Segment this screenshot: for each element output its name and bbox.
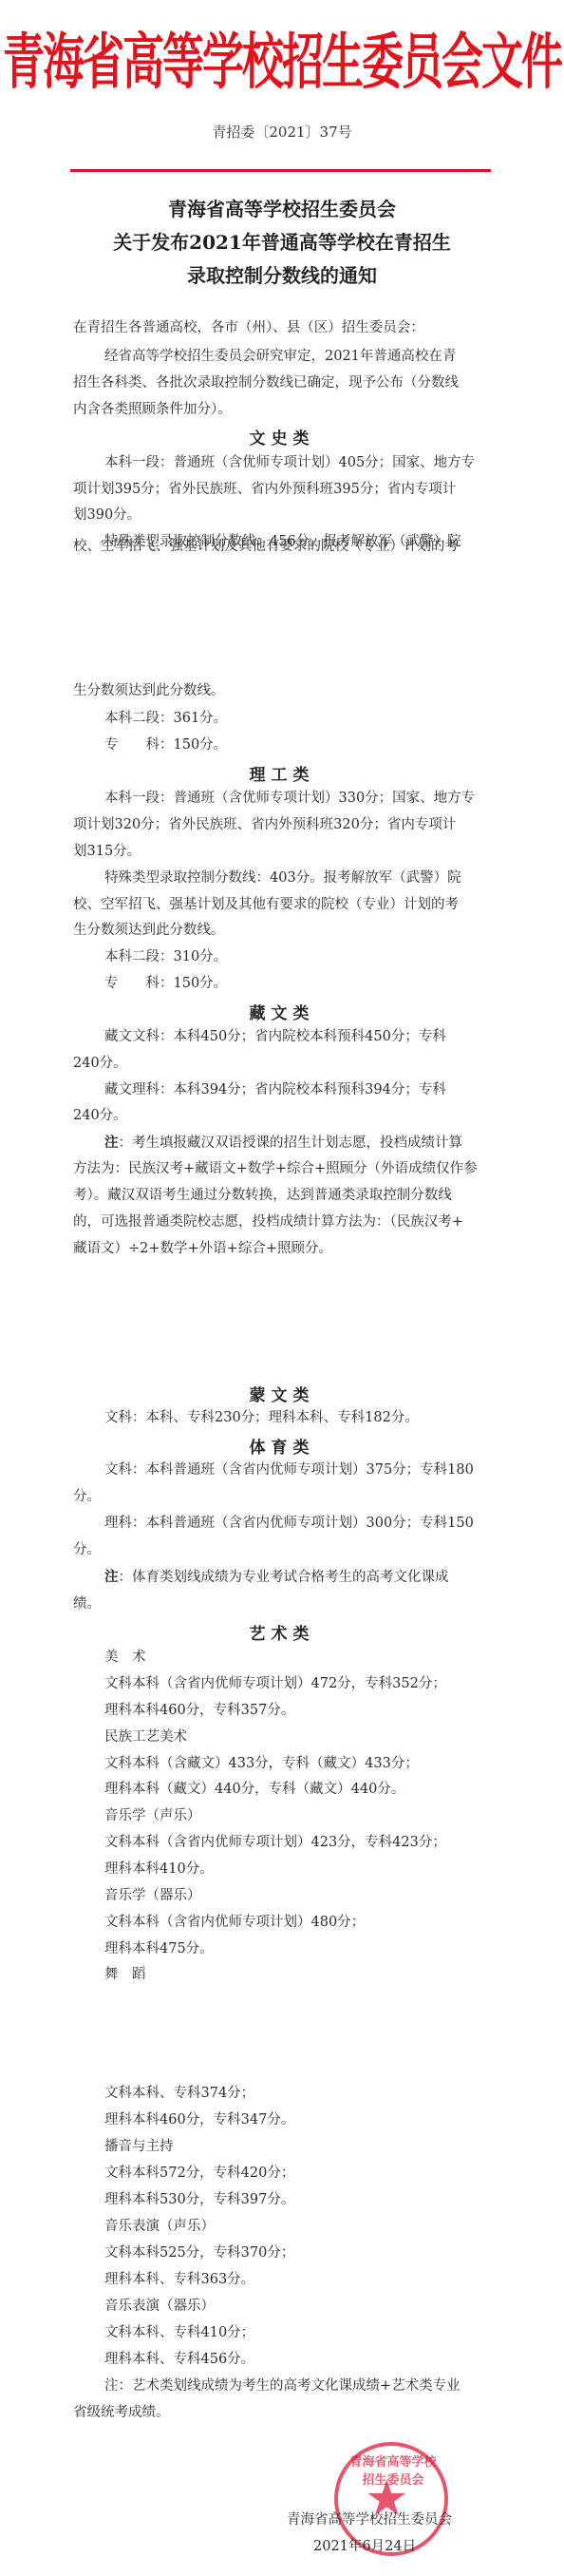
- art-group-line: 理科本科530分，专科397分。: [104, 2190, 294, 2209]
- art-group-line: 理科本科460分，专科347分。: [104, 2110, 294, 2129]
- tiyu-line: 理科：本科普通班（含省内优师专项计划）300分；专科150: [104, 1514, 474, 1533]
- issuer-red-header: 青海省高等学校招生委员会文件: [0, 33, 564, 94]
- ligong-line: 项计划320分；省外民族班、省内外预科班320分；省内专项计: [73, 815, 456, 834]
- section-heading-wenshi: 文史类: [0, 425, 564, 448]
- art-group-line: 理科本科、专科456分。: [104, 2350, 254, 2369]
- art-group-name: 民族工艺美术: [104, 1727, 187, 1746]
- art-group-line: 理科本科、专科363分。: [104, 2270, 254, 2289]
- art-group-line: 文科本科（含藏文）433分，专科（藏文）433分；: [104, 1754, 419, 1773]
- addressee: 在青招生各普通高校，各市（州）、县（区）招生委员会：: [73, 318, 424, 337]
- wenshi-line: 校、空军招飞、强基计划及其他有要求的院校（专业）计划的考: [73, 537, 459, 556]
- art-group-name: 美 术: [104, 1648, 146, 1667]
- art-group-line: 理科本科410分。: [104, 1860, 214, 1879]
- art-group-line: 文科本科572分，专科420分；: [104, 2164, 294, 2183]
- zangwen-line: 藏文理科：本科394分；省内院校本科预科394分；专科: [104, 1080, 446, 1099]
- tiyu-line: 分。: [73, 1487, 101, 1506]
- section-heading-zangwen: 藏文类: [0, 1000, 564, 1023]
- signing-date: 2021年6月24日: [313, 2535, 416, 2555]
- art-group-line: 文科本科、专科410分；: [104, 2323, 254, 2342]
- note-label: 注: [104, 1569, 119, 1585]
- mengwen-line: 文科：本科、专科230分；理科本科、专科182分。: [104, 1408, 419, 1427]
- art-group-line: 文科本科（含省内优师专项计划）480分；: [104, 1913, 365, 1932]
- notice-title-line2: 关于发布2021年普通高等学校在青招生: [0, 226, 564, 259]
- zangwen-note: 注：考生填报藏汉双语授课的招生计划志愿，投档成绩计算: [104, 1134, 462, 1153]
- wenshi-line: 项计划395分；省外民族班、省内外预科班395分；省内专项计: [73, 480, 456, 499]
- section-heading-mengwen: 蒙文类: [0, 1382, 564, 1405]
- art-group-line: 文科本科（含省内优师专项计划）423分，专科423分；: [104, 1833, 446, 1852]
- ligong-line: 校、空军招飞、强基计划及其他有要求的院校（专业）计划的考: [73, 895, 459, 914]
- art-group-name: 音乐表演（声乐）: [104, 2217, 215, 2236]
- signing-organization: 青海省高等学校招生委员会: [287, 2509, 452, 2528]
- zangwen-note-line: 的，可选报普通类院校志愿，投档成绩计算方法为：（民族汉考+: [73, 1212, 463, 1231]
- art-group-line: 文科本科525分，专科370分；: [104, 2243, 294, 2262]
- zangwen-note-line: 考）。藏汉双语考生通过分数转换，达到普通类录取控制分数线: [73, 1186, 452, 1205]
- art-group-name: 音乐学（声乐）: [104, 1806, 201, 1825]
- wenshi-line: 专 科：150分。: [104, 735, 227, 754]
- intro-line: 招生各科类、各批次录取控制分数线已确定，现予公布（分数线: [73, 373, 459, 392]
- art-group-name: 音乐学（器乐）: [104, 1886, 201, 1905]
- tiyu-note-line: 绩。: [73, 1594, 101, 1613]
- zangwen-line: 240分。: [73, 1106, 127, 1125]
- ligong-line: 生分数须达到此分数线。: [73, 921, 225, 940]
- notice-title-line1: 青海省高等学校招生委员会: [0, 193, 564, 226]
- ligong-line: 本科二段：310分。: [104, 947, 227, 966]
- tiyu-line: 分。: [73, 1540, 101, 1559]
- art-note-line: 注：艺术类划线成绩为考生的高考文化课成绩+艺术类专业: [104, 2376, 461, 2395]
- header-divider: [70, 169, 491, 172]
- tiyu-note: 注：体育类划线成绩为专业考试合格考生的高考文化课成: [104, 1568, 449, 1587]
- zangwen-line: 240分。: [73, 1054, 127, 1073]
- note-label: 注: [104, 1135, 119, 1151]
- wenshi-line: 生分数须达到此分数线。: [73, 681, 225, 700]
- art-group-line: 理科本科（藏文）440分，专科（藏文）440分。: [104, 1780, 404, 1799]
- intro-line: 内含各类照顾条件加分）。: [73, 400, 232, 419]
- wenshi-line: 本科二段：361分。: [104, 709, 227, 728]
- section-heading-tiyu: 体育类: [0, 1434, 564, 1458]
- ligong-line: 本科一段：普通班（含优师专项计划）330分；国家、地方专: [104, 789, 475, 808]
- art-group-line: 文科本科（含省内优师专项计划）472分，专科352分；: [104, 1674, 446, 1693]
- art-group-name: 舞 蹈: [104, 1965, 146, 1984]
- intro-line: 经省高等学校招生委员会研究审定，2021年普通高校在青: [104, 347, 456, 366]
- wenshi-line: 划390分。: [73, 506, 141, 525]
- tiyu-line: 文科：本科普通班（含省内优师专项计划）375分；专科180: [104, 1460, 474, 1479]
- ligong-line: 专 科：150分。: [104, 974, 227, 993]
- section-heading-yishu: 艺术类: [0, 1620, 564, 1644]
- art-group-line: 理科本科475分。: [104, 1939, 214, 1958]
- section-heading-ligong: 理工类: [0, 761, 564, 785]
- notice-title-line3: 录取控制分数线的通知: [0, 259, 564, 293]
- zangwen-note-line: 方法为：民族汉考+藏语文+数学+综合+照顾分（外语成绩仅作参: [73, 1159, 478, 1178]
- art-note-line: 省级统考成绩。: [73, 2403, 170, 2422]
- zangwen-line: 藏文文科：本科450分；省内院校本科预科450分；专科: [104, 1027, 446, 1046]
- art-group-line: 文科本科、专科374分；: [104, 2084, 254, 2103]
- ligong-line: 划315分。: [73, 842, 141, 861]
- art-group-name: 播音与主持: [104, 2137, 174, 2156]
- wenshi-line: 本科一段：普通班（含优师专项计划）405分；国家、地方专: [104, 453, 475, 472]
- ligong-line: 特殊类型录取控制分数线：403分。报考解放军（武警）院: [104, 868, 461, 887]
- zangwen-note-line: 藏语文）÷2+数学+外语+综合+照顾分。: [73, 1239, 332, 1258]
- document-number: 青招委〔2021〕37号: [0, 122, 564, 142]
- art-group-name: 音乐表演（器乐）: [104, 2297, 215, 2316]
- art-group-line: 理科本科460分，专科357分。: [104, 1701, 294, 1720]
